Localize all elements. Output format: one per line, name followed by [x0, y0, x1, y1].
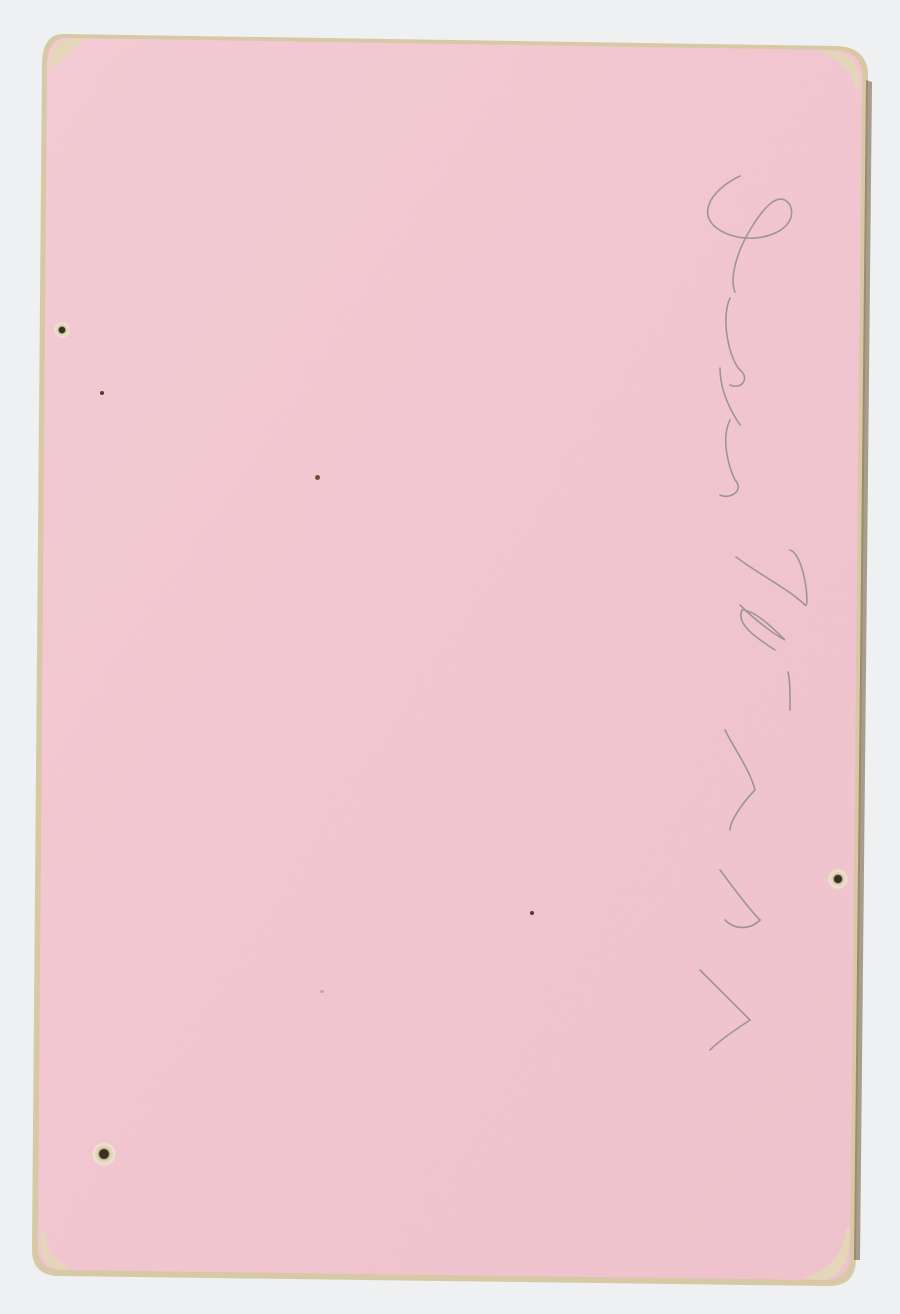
foxing-spot: [530, 911, 534, 915]
pinhole: [54, 322, 70, 338]
photo-scene: [0, 0, 900, 1314]
pinhole: [828, 869, 848, 889]
foxing-spot: [315, 475, 320, 480]
pinhole: [92, 1142, 116, 1166]
cabinet-card-back: [30, 30, 870, 1288]
card-shape: [30, 30, 870, 1288]
foxing-spot: [320, 990, 324, 993]
foxing-spot: [100, 391, 104, 395]
